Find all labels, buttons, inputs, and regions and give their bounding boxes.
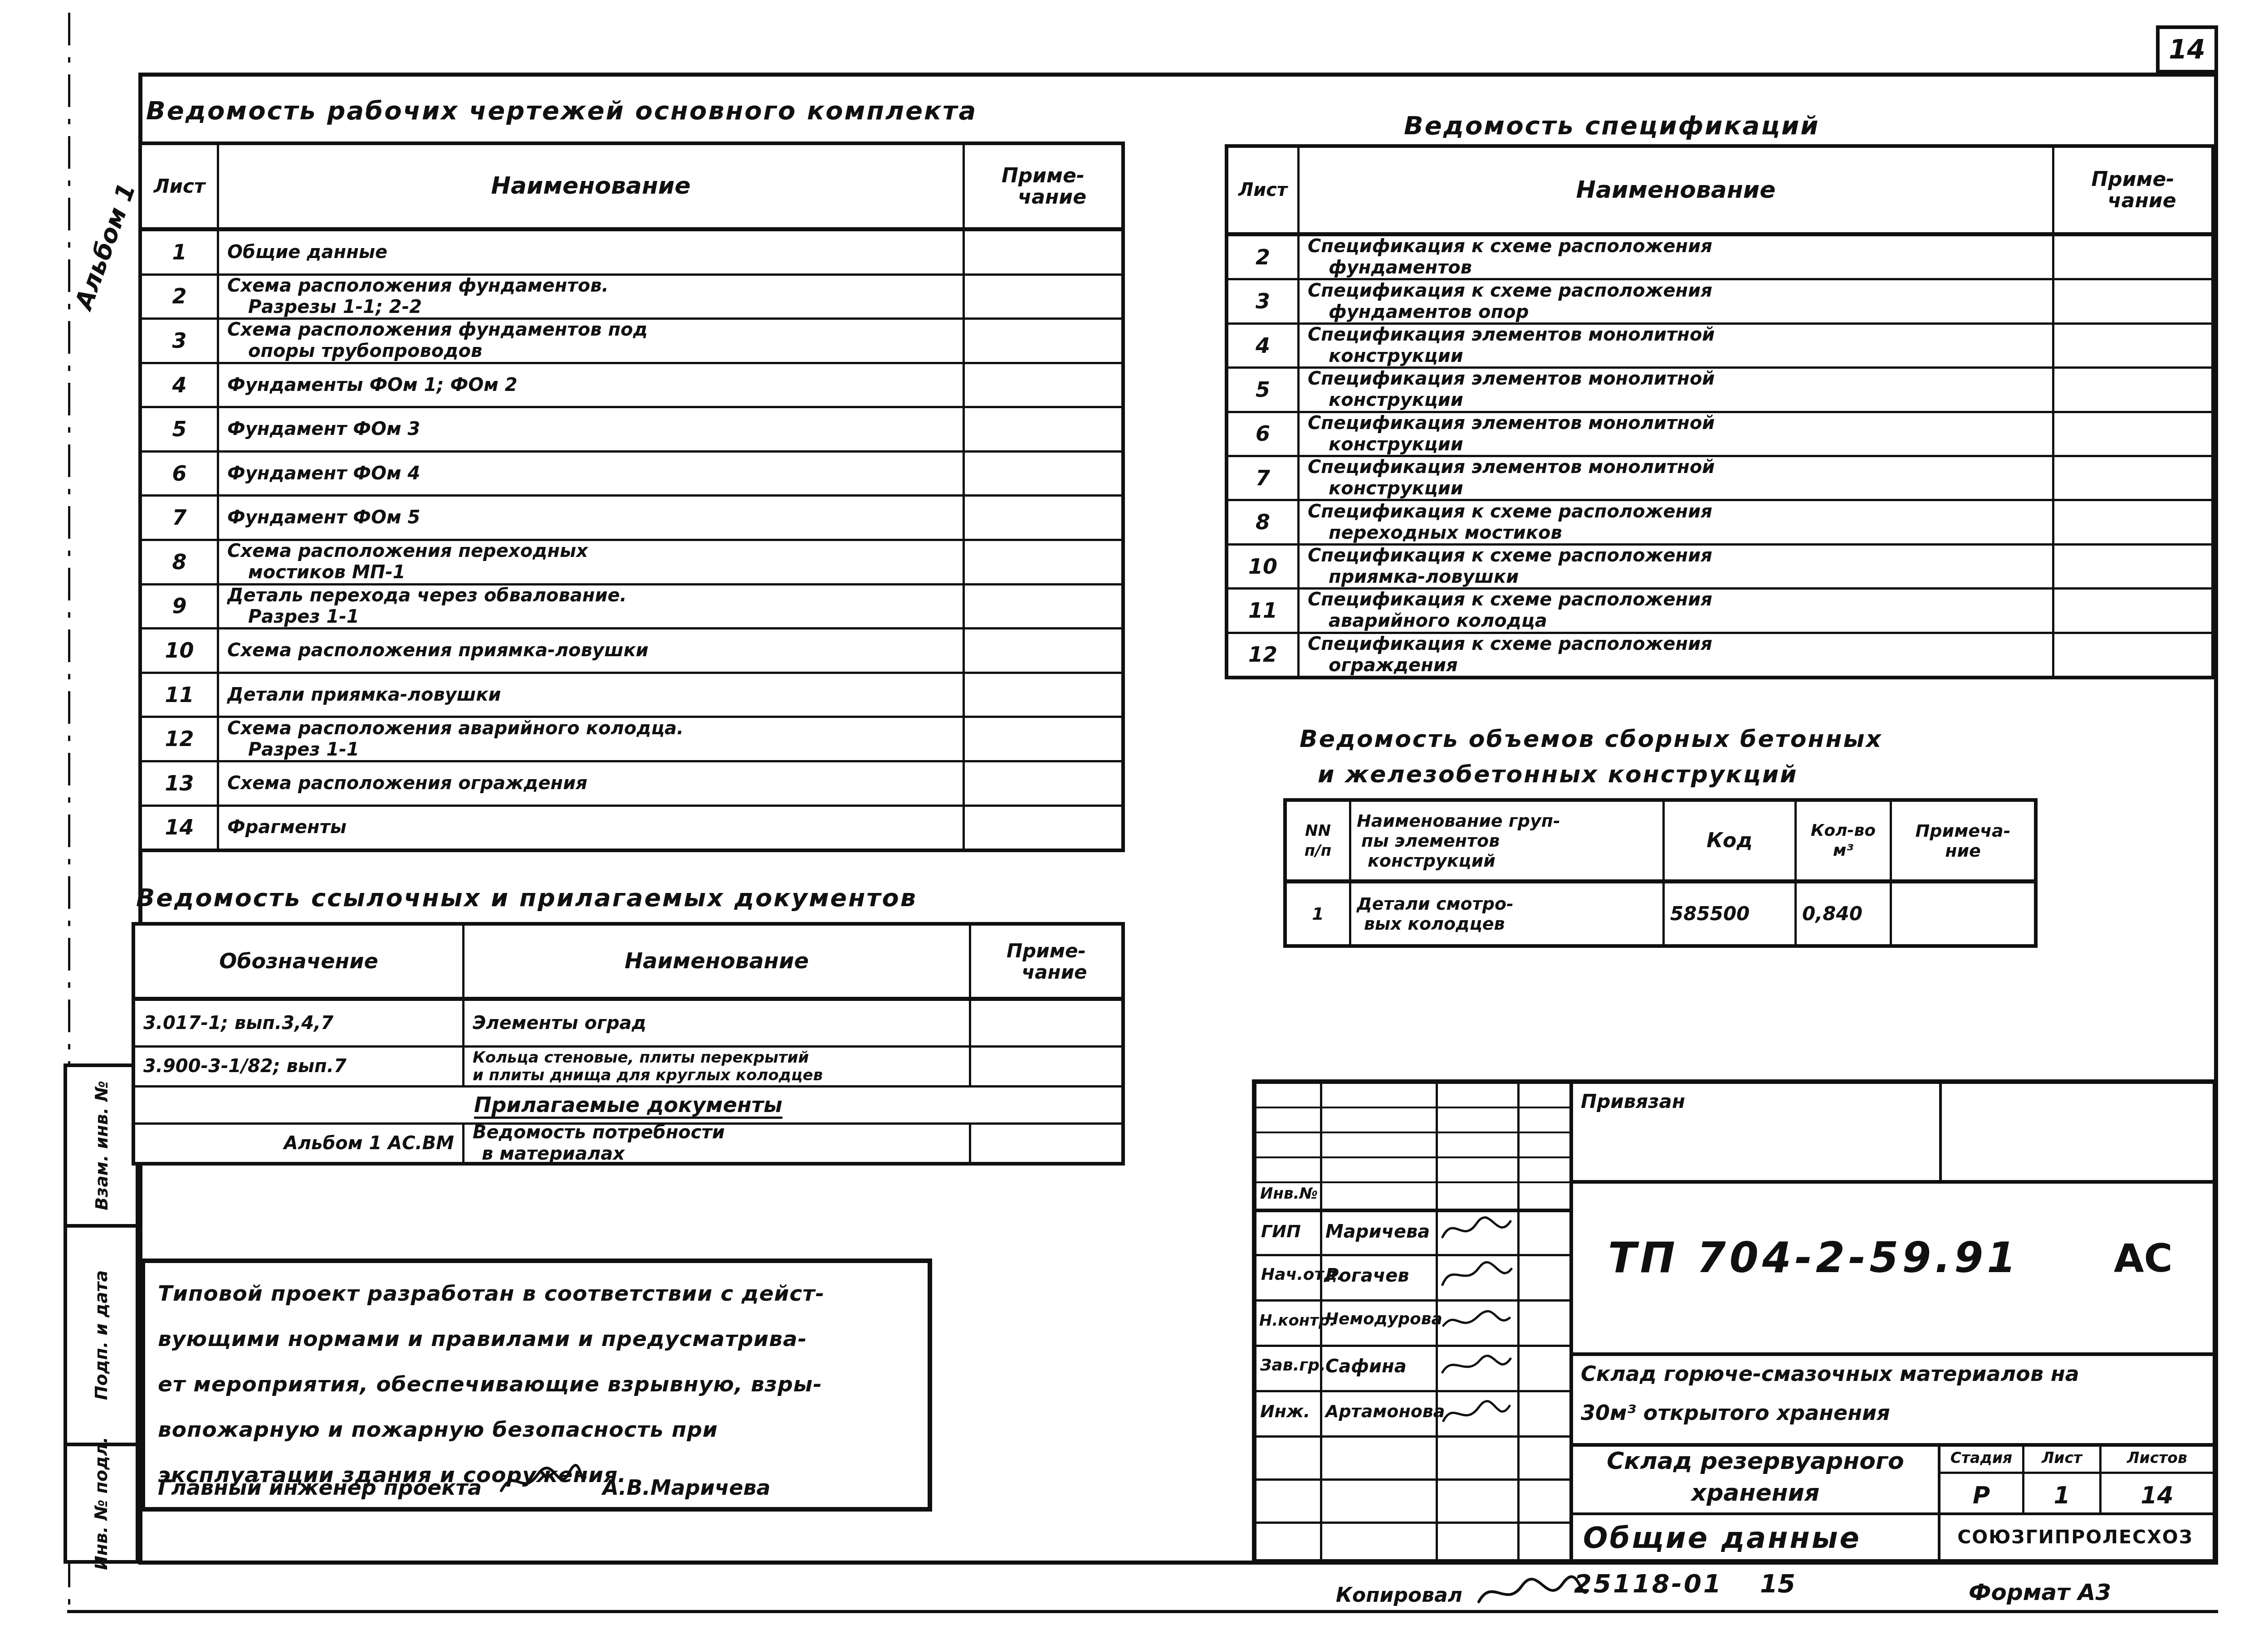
- section-row: Прилагаемые документы: [135, 1085, 1121, 1122]
- chief-engineer-label: Главный инженер проекта: [158, 1475, 482, 1500]
- album-label: Альбом 1: [69, 179, 141, 313]
- margin-label-podp: Подп. и дата: [92, 1270, 112, 1400]
- margin-cell-inv: Инв. № подл.: [67, 1443, 136, 1560]
- col-header-note: Приме- чание: [2052, 148, 2211, 232]
- marka-code: АС: [2114, 1236, 2173, 1281]
- table-header-row: Обозначение Наименование Приме- чание: [135, 926, 1121, 1001]
- note-cell: [2052, 369, 2211, 410]
- project-code: ТП 704-2-59.91: [1608, 1234, 2019, 1282]
- divider-line: [1256, 1390, 1569, 1392]
- note-cell: [2052, 280, 2211, 322]
- staff-role: Инж.: [1260, 1401, 1310, 1421]
- project-note-box: Типовой проект разработан в соответствии…: [141, 1258, 932, 1512]
- designation-cell: 3.900-3-1/82; вып.7: [135, 1048, 462, 1085]
- format-label: Формат А3: [1969, 1579, 2111, 1605]
- table-row: 3.017-1; вып.3,4,7 Элементы оград: [135, 1001, 1121, 1045]
- note-line: ет мероприятия, обеспечивающие взрывную,…: [158, 1372, 822, 1397]
- volumes-title-line1: Ведомость объемов сборных бетонных: [1300, 726, 1882, 753]
- col-header-note: Приме- чание: [963, 145, 1121, 227]
- staff-name: Рогачев: [1325, 1265, 1409, 1286]
- attached-docs-section-title: Прилагаемые документы: [474, 1094, 782, 1116]
- chief-engineer-name: А.В.Маричева: [602, 1475, 771, 1500]
- table-header-row: Лист Наименование Приме- чание: [1228, 148, 2211, 236]
- table-row: 9Деталь перехода через обвалование.Разре…: [142, 583, 1121, 628]
- designation-cell: Альбом 1 АС.ВМ: [135, 1125, 462, 1162]
- copied-label: Копировал: [1336, 1584, 1462, 1607]
- col-header-name: Наименование груп- пы элементов конструк…: [1349, 802, 1662, 879]
- divider-line: [1569, 1512, 1938, 1515]
- volumes-title-line2: и железобетонных конструкций: [1318, 761, 1798, 788]
- table-row: 2Схема расположения фундаментов.Разрезы …: [142, 273, 1121, 318]
- table-row: 13Схема расположения ограждения: [142, 760, 1121, 805]
- table-row: 3.900-3-1/82; вып.7 Кольца стеновые, пли…: [135, 1045, 1121, 1085]
- staff-role: Зав.гр.: [1260, 1356, 1326, 1375]
- table-row: 3Схема расположения фундаментов подопоры…: [142, 317, 1121, 362]
- sheet-name-line2: хранения: [1574, 1479, 1937, 1507]
- margin-cell-zam: Взам. инв. №: [67, 1067, 136, 1224]
- table-row: 12Схема расположения аварийного колодца.…: [142, 716, 1121, 760]
- divider-line: [1256, 1181, 1569, 1183]
- object-name-line1: Склад горюче-смазочных материалов на: [1581, 1361, 2079, 1386]
- col-header-code: Код: [1662, 802, 1794, 879]
- code-cell: 585500: [1662, 883, 1794, 944]
- divider-line: [1938, 1472, 2213, 1474]
- note-cell: [963, 276, 1121, 318]
- note-cell: [969, 1048, 1121, 1085]
- signature-icon: [1438, 1260, 1515, 1292]
- table-row: 8Спецификация к схеме расположенияперехо…: [1228, 499, 2211, 543]
- signature-icon: [1438, 1396, 1515, 1432]
- signature-icon: [1474, 1570, 1592, 1613]
- working-drawings-title: Ведомость рабочих чертежей основного ком…: [146, 96, 977, 126]
- signature-icon: [494, 1463, 590, 1500]
- col-header-sheet: Лист: [1228, 148, 1297, 232]
- sheet-name-line1: Склад резервуарного: [1574, 1448, 1937, 1475]
- divider-line: [1256, 1299, 1569, 1302]
- table-header-row: NN п/п Наименование груп- пы элементов к…: [1287, 802, 2034, 883]
- table-row: 7Фундамент ФОм 5: [142, 494, 1121, 539]
- divider-line: [1256, 1345, 1569, 1347]
- note-cell: [963, 231, 1121, 273]
- chief-engineer-line: Главный инженер проекта А.В.Маричева: [158, 1463, 771, 1500]
- organization-name: СОЮЗГИПРОЛЕСХОЗ: [1938, 1526, 2213, 1548]
- margin-label-inv: Инв. № подл.: [92, 1436, 112, 1570]
- approval-note: Привязан: [1581, 1090, 1685, 1112]
- note-cell: [2052, 634, 2211, 676]
- margin-cell-podp: Подп. и дата: [67, 1224, 136, 1443]
- note-cell: [963, 453, 1121, 495]
- staff-role: Н.контр.: [1259, 1312, 1335, 1330]
- note-cell: [963, 762, 1121, 805]
- note-cell: [963, 364, 1121, 406]
- col-header-designation: Обозначение: [135, 926, 462, 997]
- table-row: 1Общие данные: [142, 231, 1121, 273]
- note-cell: [963, 674, 1121, 716]
- divider-line: [1256, 1435, 1569, 1438]
- table-header-row: Лист Наименование Приме- чание: [142, 145, 1121, 231]
- col-header-nn: NN п/п: [1287, 802, 1349, 879]
- margin-stamp-column: Взам. инв. № Подп. и дата Инв. № подл.: [64, 1063, 139, 1564]
- divider-line: [1256, 1107, 1569, 1108]
- specifications-table: Лист Наименование Приме- чание 2Специфик…: [1225, 144, 2215, 679]
- note-cell: [969, 1125, 1121, 1162]
- divider-line: [1569, 1084, 1573, 1559]
- staff-name: Маричева: [1325, 1221, 1430, 1242]
- object-name-line2: 30м³ открытого хранения: [1581, 1400, 1890, 1425]
- note-cell: [2052, 325, 2211, 366]
- staff-name: Артамонова: [1325, 1401, 1445, 1421]
- staff-name: Чемодурова: [1325, 1310, 1442, 1328]
- note-cell: [963, 408, 1121, 450]
- divider-line: [1939, 1084, 1942, 1180]
- note-cell: [2052, 457, 2211, 499]
- col-header-name: Наименование: [217, 145, 963, 227]
- table-row: Альбом 1 АС.ВМ Ведомость потребностив ма…: [135, 1122, 1121, 1162]
- divider-line: [1256, 1522, 1569, 1524]
- table-row: 4Фундаменты ФОм 1; ФОм 2: [142, 362, 1121, 406]
- col-header-note: Приме- чание: [969, 926, 1121, 997]
- table-row: 4Спецификация элементов монолитнойконстр…: [1228, 322, 2211, 366]
- col-header-note: Примеча- ние: [1890, 802, 2034, 879]
- corner-sheet-number: 14: [2156, 25, 2218, 73]
- note-cell: [2052, 590, 2211, 631]
- note-cell: [963, 585, 1121, 628]
- table-row: 6Спецификация элементов монолитнойконстр…: [1228, 411, 2211, 455]
- divider-line: [1938, 1512, 2213, 1515]
- document-code: 25118-01: [1574, 1569, 1723, 1599]
- table-row: 3Спецификация к схеме расположенияфундам…: [1228, 278, 2211, 322]
- note-cell: [963, 629, 1121, 672]
- note-cell: [2052, 236, 2211, 278]
- note-line: вопожарную и пожарную безопасность при: [158, 1417, 718, 1442]
- working-drawings-table: Лист Наименование Приме- чание 1Общие да…: [138, 141, 1125, 852]
- stage-label: Стадия: [1941, 1449, 2022, 1467]
- note-cell: [1890, 883, 2034, 944]
- table-row: 2Спецификация к схеме расположенияфундам…: [1228, 236, 2211, 278]
- document-sheet-code: 15: [1760, 1569, 1795, 1599]
- signature-icon: [1438, 1305, 1515, 1337]
- margin-label-zam: Взам. инв. №: [92, 1081, 112, 1210]
- table-row: 10Схема расположения приямка-ловушки: [142, 627, 1121, 672]
- sheets-value: 14: [2102, 1482, 2213, 1509]
- inventory-label: Инв.№: [1260, 1185, 1318, 1203]
- table-row: 11Детали приямка-ловушки: [142, 672, 1121, 716]
- table-row: 6Фундамент ФОм 4: [142, 450, 1121, 495]
- note-line: Типовой проект разработан в соответствии…: [158, 1281, 825, 1306]
- table-row: 14Фрагменты: [142, 805, 1121, 849]
- col-header-sheet: Лист: [142, 145, 217, 227]
- table-row: 1 Детали смотро- вых колодцев 585500 0,8…: [1287, 883, 2034, 944]
- sheet-value: 1: [2024, 1482, 2099, 1509]
- table-row: 7Спецификация элементов монолитнойконстр…: [1228, 455, 2211, 499]
- note-cell: [2052, 413, 2211, 455]
- sheets-label: Листов: [2102, 1449, 2213, 1467]
- specifications-title: Ведомость спецификаций: [1404, 111, 1819, 141]
- table-row: 10Спецификация к схеме расположенияприям…: [1228, 543, 2211, 587]
- refdocs-table: Обозначение Наименование Приме- чание 3.…: [132, 922, 1125, 1166]
- note-cell: [963, 497, 1121, 539]
- divider-line: [1256, 1478, 1569, 1481]
- note-cell: [963, 807, 1121, 849]
- divider-line: [1256, 1156, 1569, 1158]
- divider-line: [1569, 1180, 2213, 1184]
- note-cell: [963, 320, 1121, 362]
- note-cell: [2052, 501, 2211, 543]
- drawing-sheet: { "page": { "corner_sheet": "14", "doc_c…: [0, 0, 2268, 1634]
- divider-line: [1256, 1209, 1569, 1212]
- signature-icon: [1438, 1215, 1515, 1246]
- table-row: 12Спецификация к схеме расположенияограж…: [1228, 632, 2211, 676]
- col-header-name: Наименование: [462, 926, 969, 997]
- note-cell: [969, 1001, 1121, 1045]
- title-block: Привязан Инв.№ ГИП Маричева Нач.отд. Рог…: [1252, 1079, 2217, 1564]
- note-cell: [963, 718, 1121, 760]
- divider-line: [1569, 1443, 2213, 1447]
- paper-bottom-line: [67, 1610, 2218, 1613]
- table-row: 5Фундамент ФОм 3: [142, 406, 1121, 450]
- col-header-qty: Кол-во м³: [1794, 802, 1890, 879]
- table-row: 11Спецификация к схеме расположенияавари…: [1228, 587, 2211, 631]
- sheet-label: Лист: [2024, 1449, 2099, 1467]
- qty-cell: 0,840: [1794, 883, 1890, 944]
- content-title: Общие данные: [1583, 1522, 1861, 1555]
- designation-cell: 3.017-1; вып.3,4,7: [135, 1001, 462, 1045]
- volumes-table: NN п/п Наименование груп- пы элементов к…: [1283, 798, 2038, 948]
- table-row: 5Спецификация элементов монолитнойконстр…: [1228, 366, 2211, 410]
- divider-line: [1517, 1084, 1520, 1559]
- divider-line: [1256, 1132, 1569, 1133]
- divider-line: [1256, 1254, 1569, 1256]
- table-row: 8Схема расположения переходныхмостиков М…: [142, 539, 1121, 583]
- note-cell: [2052, 546, 2211, 587]
- divider-line: [1569, 1352, 2213, 1356]
- stage-value: Р: [1941, 1482, 2022, 1509]
- note-line: вующими нормами и правилами и предусматр…: [158, 1327, 807, 1351]
- col-header-name: Наименование: [1297, 148, 2052, 232]
- refdocs-title: Ведомость ссылочных и прилагаемых докуме…: [136, 883, 917, 912]
- note-cell: [963, 541, 1121, 583]
- staff-role: ГИП: [1261, 1221, 1301, 1241]
- staff-name: Сафина: [1325, 1356, 1407, 1377]
- signature-icon: [1438, 1351, 1515, 1382]
